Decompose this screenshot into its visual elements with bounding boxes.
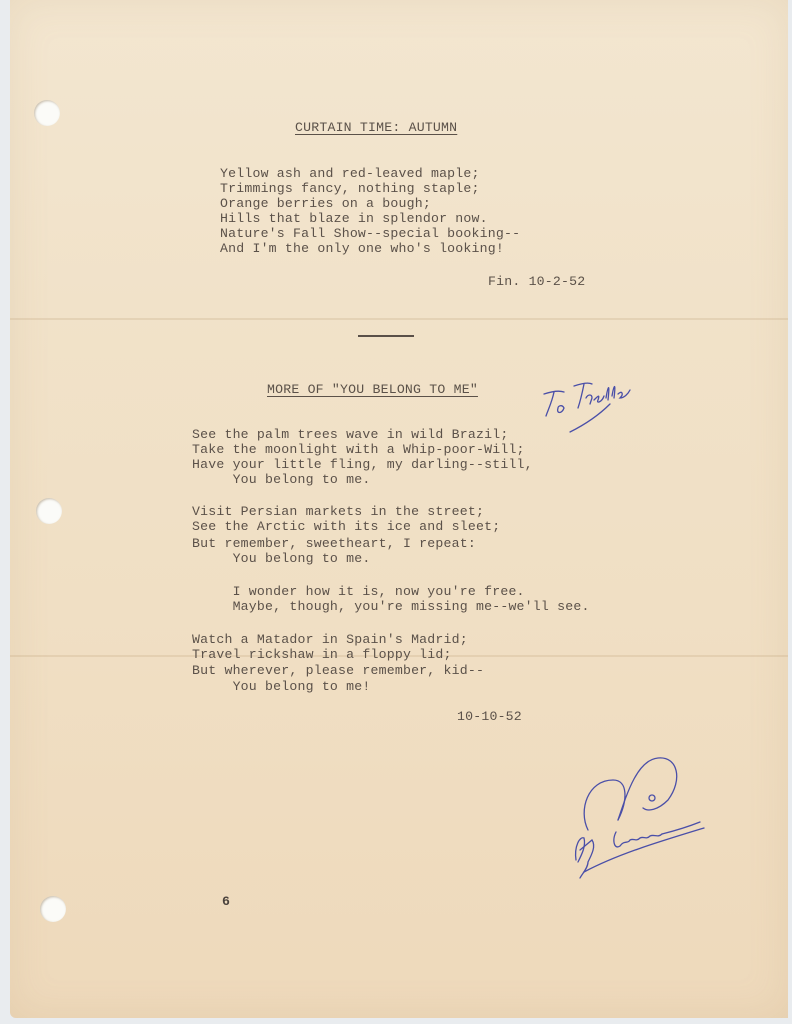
poem-2-line: But wherever, please remember, kid-- — [192, 663, 484, 679]
poem-2-line: See the Arctic with its ice and sleet; — [192, 519, 500, 535]
poem-2-line: But remember, sweetheart, I repeat: — [192, 536, 476, 552]
signature: Jay Dennis — [558, 750, 718, 880]
poem-2-line: I wonder how it is, now you're free. — [192, 584, 525, 600]
poem-1-line: Trimmings fancy, nothing staple; — [220, 181, 480, 197]
poem-2-line: Visit Persian markets in the street; — [192, 504, 484, 520]
poem-1-line: Yellow ash and red-leaved maple; — [220, 166, 480, 182]
poem-2-title: MORE OF "YOU BELONG TO ME" — [267, 382, 478, 398]
poem-2-date: 10-10-52 — [457, 709, 522, 725]
poem-1-line: Orange berries on a bough; — [220, 196, 431, 212]
poem-1-title: CURTAIN TIME: AUTUMN — [295, 120, 457, 136]
poem-2-line: You belong to me. — [192, 551, 371, 567]
poem-2-line: See the palm trees wave in wild Brazil; — [192, 427, 508, 443]
poem-1-line: And I'm the only one who's looking! — [220, 241, 504, 257]
poem-2-line: Take the moonlight with a Whip-poor-Will… — [192, 442, 525, 458]
handwritten-inscription: To Trella — [530, 372, 640, 442]
poem-2-line: Maybe, though, you're missing me--we'll … — [192, 599, 590, 615]
punch-hole — [40, 896, 66, 922]
poem-2-line: Watch a Matador in Spain's Madrid; — [192, 632, 468, 648]
punch-hole — [36, 498, 62, 524]
punch-hole — [34, 100, 60, 126]
poem-1-date: Fin. 10-2-52 — [488, 274, 585, 290]
poem-2-line: You belong to me. — [192, 472, 371, 488]
poem-2-line: Have your little fling, my darling--stil… — [192, 457, 533, 473]
poem-2-line: Travel rickshaw in a floppy lid; — [192, 647, 452, 663]
paper-fold — [10, 318, 788, 320]
page-number: 6 — [222, 894, 230, 910]
poem-1-line: Nature's Fall Show--special booking-- — [220, 226, 520, 242]
section-divider — [358, 335, 414, 337]
poem-2-line: You belong to me! — [192, 679, 371, 695]
typewritten-page: CURTAIN TIME: AUTUMN Yellow ash and red-… — [10, 0, 788, 1018]
poem-1-line: Hills that blaze in splendor now. — [220, 211, 488, 227]
